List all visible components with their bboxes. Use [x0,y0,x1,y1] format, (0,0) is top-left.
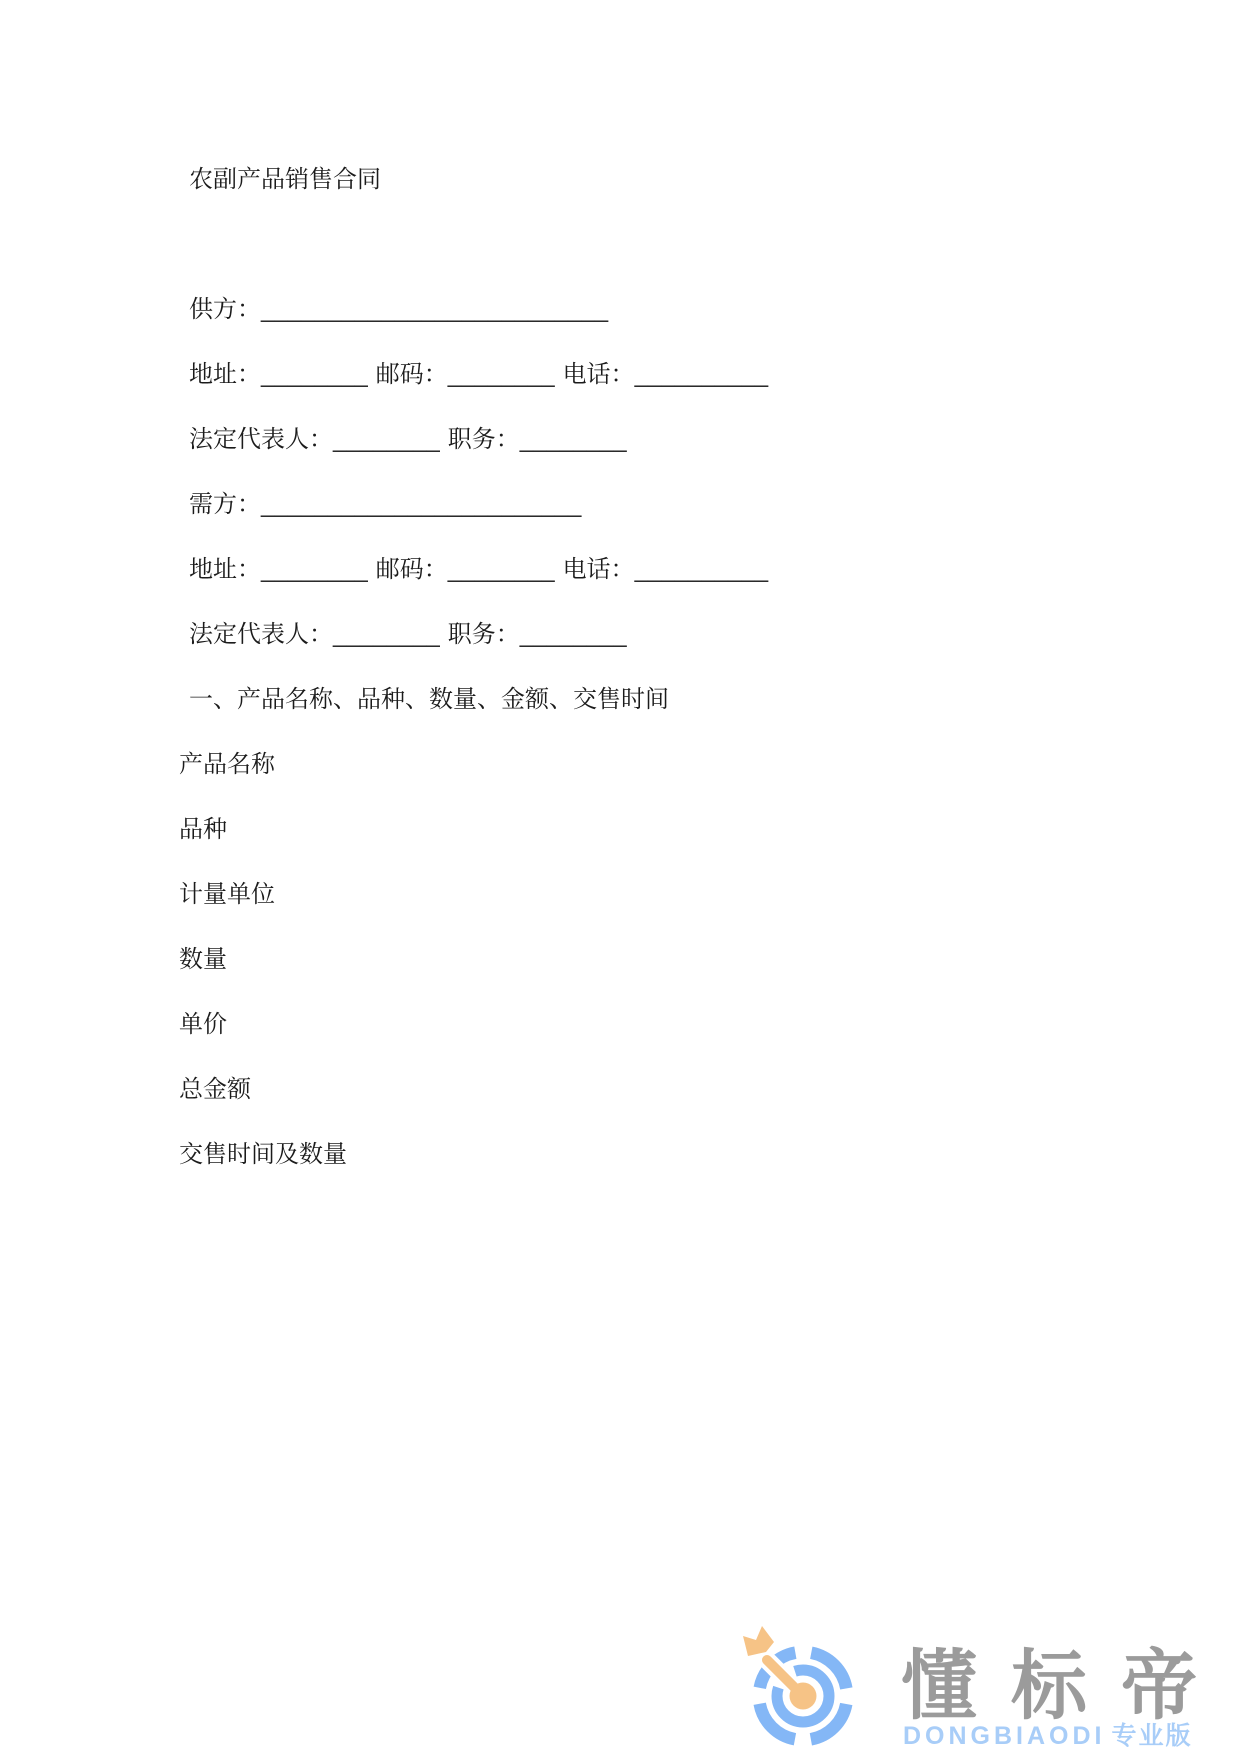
zip-label: 邮码： [376,556,448,583]
address-label: 地址： [189,361,261,388]
address-label: 地址： [189,556,261,583]
field-item-unit-price: 单价 [179,992,768,1057]
supplier-line: 供方：__________________________ [179,277,768,342]
field-item-delivery-time: 交售时间及数量 [179,1122,768,1187]
zip-label: 邮码： [376,361,448,388]
post-blank: ________ [520,621,627,648]
brand-name-en: DONGBIAODI [903,1722,1106,1750]
post-label: 职务： [448,426,520,453]
supplier-label: 供方： [189,296,261,323]
brand-name-cn: 懂标帝 [901,1649,1231,1725]
section-one-heading: 一、产品名称、品种、数量、金额、交售时间 [179,667,768,732]
brand-subline: DONGBIAODI专业版 [903,1724,1193,1749]
phone-blank: __________ [635,556,768,583]
buyer-blank: ________________________ [261,491,581,518]
target-dart-icon [741,1623,857,1747]
buyer-address-line: 地址：________邮码：________电话：__________ [179,537,768,602]
contract-body: 农副产品销售合同 供方：__________________________ 地… [179,147,768,1187]
field-item-product-name: 产品名称 [179,732,768,797]
field-item-variety: 品种 [179,797,768,862]
brand-badge: 专业版 [1112,1722,1193,1750]
representative-blank: ________ [333,621,440,648]
supplier-representative-line: 法定代表人：________职务：________ [179,407,768,472]
supplier-address-line: 地址：________邮码：________电话：__________ [179,342,768,407]
phone-label: 电话： [563,361,635,388]
field-item-quantity: 数量 [179,927,768,992]
address-blank: ________ [261,556,368,583]
phone-blank: __________ [635,361,768,388]
document-title: 农副产品销售合同 [179,147,768,212]
page: 农副产品销售合同 供方：__________________________ 地… [0,0,1241,1754]
zip-blank: ________ [448,361,555,388]
buyer-line: 需方：________________________ [179,472,768,537]
blank-line [179,212,768,277]
buyer-label: 需方： [189,491,261,518]
buyer-representative-line: 法定代表人：________职务：________ [179,602,768,667]
field-item-total-amount: 总金额 [179,1057,768,1122]
phone-label: 电话： [563,556,635,583]
address-blank: ________ [261,361,368,388]
representative-label: 法定代表人： [189,621,333,648]
field-item-unit: 计量单位 [179,862,768,927]
post-blank: ________ [520,426,627,453]
representative-blank: ________ [333,426,440,453]
representative-label: 法定代表人： [189,426,333,453]
zip-blank: ________ [448,556,555,583]
supplier-blank: __________________________ [261,296,608,323]
post-label: 职务： [448,621,520,648]
